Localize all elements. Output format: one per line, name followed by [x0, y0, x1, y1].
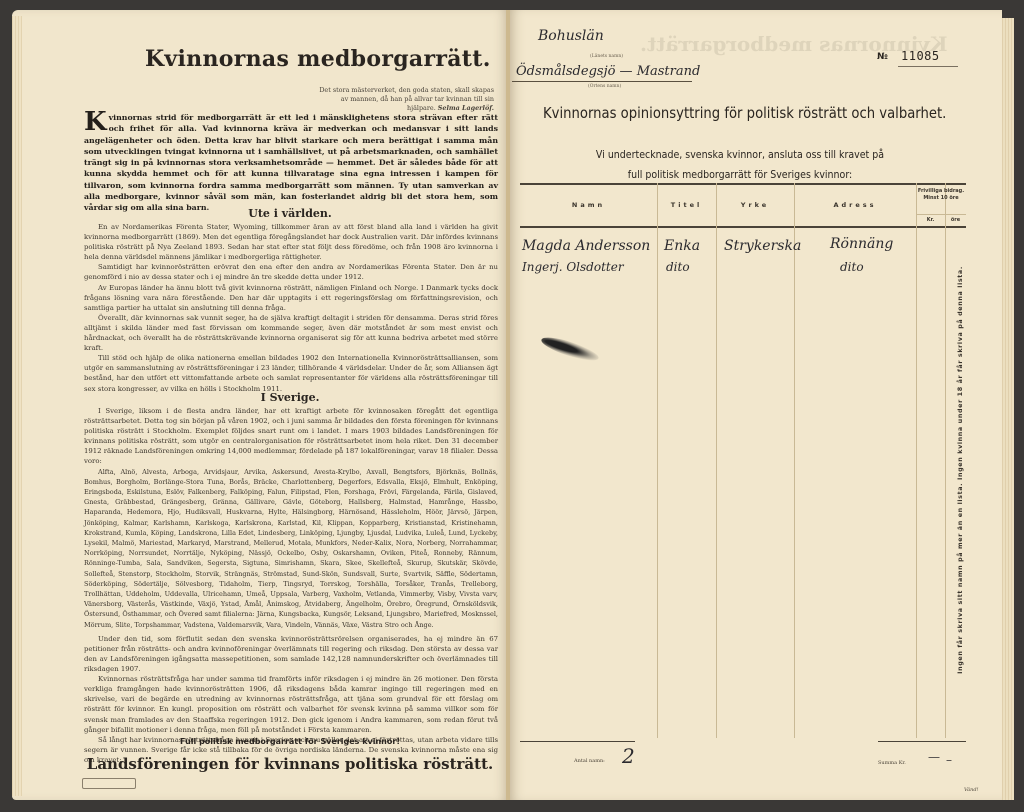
column-divider: [657, 183, 658, 738]
row-2-namn: Ingerj. Olsdotter: [522, 260, 624, 274]
epigraph: Det stora mästerverket, den goda staten,…: [312, 86, 494, 113]
antal-rule: [520, 741, 635, 742]
section-heading-world: Ute i världen.: [80, 207, 500, 220]
row-2-titel: dito: [666, 260, 690, 274]
section-heading-sweden: I Sverige.: [80, 391, 500, 404]
paragraph: En av Nordamerikas Förenta Stater, Wyomi…: [84, 222, 498, 262]
city-list: Alfta, Alnö, Alvesta, Arboga, Arvidsjaur…: [84, 467, 498, 630]
town-handwritten: Ödsmålsdegsjö — Mastrand: [516, 64, 700, 79]
column-divider: [716, 183, 717, 738]
side-instruction: Ingen får skriva sitt namn på mer än en …: [956, 266, 964, 674]
page-edge: [1002, 18, 1014, 800]
list-number: 11085: [901, 49, 940, 63]
column-divider: [794, 183, 795, 738]
paragraph: Under den tid, som förflutit sedan den s…: [84, 634, 498, 674]
left-page-title: Kvinnornas medborgarrätt.: [145, 46, 491, 72]
pledge-text: Vi undertecknade, svenska kvinnor, anslu…: [520, 145, 960, 185]
slogan: Full politisk medborgarrätt för Sveriges…: [80, 737, 500, 746]
column-header-kr: Kr.: [916, 217, 945, 223]
paragraph: Samtidigt har kvinnorösträtten erövrat d…: [84, 262, 498, 282]
sum-ore-value: –: [946, 753, 952, 767]
paragraph: Överallt, där kvinnornas sak vunnit sege…: [84, 313, 498, 353]
dropcap: K: [84, 112, 107, 132]
table-header-rule: [520, 226, 966, 228]
column-header-ore: öre: [945, 217, 966, 223]
number-label: №: [877, 52, 888, 62]
column-header-adress: Adress: [794, 201, 916, 209]
count-label: Antal namn:: [574, 758, 605, 764]
paragraph: Av Europas länder ha ännu blott två givi…: [84, 283, 498, 313]
intro-paragraph: K vinnornas strid för medborgarrätt är e…: [84, 112, 498, 214]
table-top-rule: [520, 183, 966, 185]
column-header-bidrag: Frivilliga bidrag. Minst 10 öre: [916, 188, 966, 202]
number-underline: [898, 66, 958, 67]
county-handwritten: Bohuslän: [538, 28, 604, 44]
header-subrule: [916, 214, 966, 215]
sum-label: Summa Kr.: [878, 760, 906, 766]
column-header-titel: Titel: [657, 201, 716, 209]
organization-footer: Landsföreningen för kvinnans politiska r…: [80, 755, 500, 773]
column-header-yrke: Yrke: [716, 201, 794, 209]
row-1-yrke: Strykerska: [724, 238, 801, 254]
sum-kr-value: —: [928, 750, 940, 764]
paragraph: I Sverige, liksom i de flesta andra länd…: [84, 406, 498, 467]
county-label: (Länets namn): [590, 54, 623, 59]
printer-stamp: [82, 778, 136, 789]
turn-over-note: Vänd!: [964, 787, 979, 793]
intro-text: vinnornas strid för medborgarrätt är ett…: [84, 113, 498, 212]
section-sweden-body: I Sverige, liksom i de flesta andra länd…: [84, 406, 498, 765]
town-underline: [512, 81, 692, 82]
summa-rule: [878, 741, 966, 742]
petition-title: Kvinnornas opinionsyttring för politisk …: [543, 104, 946, 122]
column-header-namn: Namn: [520, 201, 657, 209]
epigraph-author: Selma Lagerlöf.: [438, 104, 494, 112]
row-1-namn: Magda Andersson: [522, 238, 650, 254]
row-2-adress: dito: [840, 260, 864, 274]
town-label: (Ortens namn): [588, 84, 621, 89]
section-world-body: En av Nordamerikas Förenta Stater, Wyomi…: [84, 222, 498, 394]
column-divider: [916, 183, 917, 738]
open-book: Kvinnornas medborgarrätt. Det stora mäst…: [0, 0, 1024, 812]
pledge-line-1: Vi undertecknade, svenska kvinnor, anslu…: [542, 145, 938, 165]
row-1-adress: Rönnäng: [830, 236, 893, 252]
page-edge: [12, 16, 22, 796]
count-value: 2: [622, 744, 635, 768]
paragraph: Kvinnornas rösträttsfråga har under samm…: [84, 674, 498, 735]
row-1-titel: Enka: [664, 238, 700, 254]
paragraph: Till stöd och hjälp de olika nationerna …: [84, 353, 498, 393]
pledge-line-2: full politisk medborgarrätt för Sveriges…: [542, 165, 938, 185]
column-divider: [945, 183, 946, 738]
